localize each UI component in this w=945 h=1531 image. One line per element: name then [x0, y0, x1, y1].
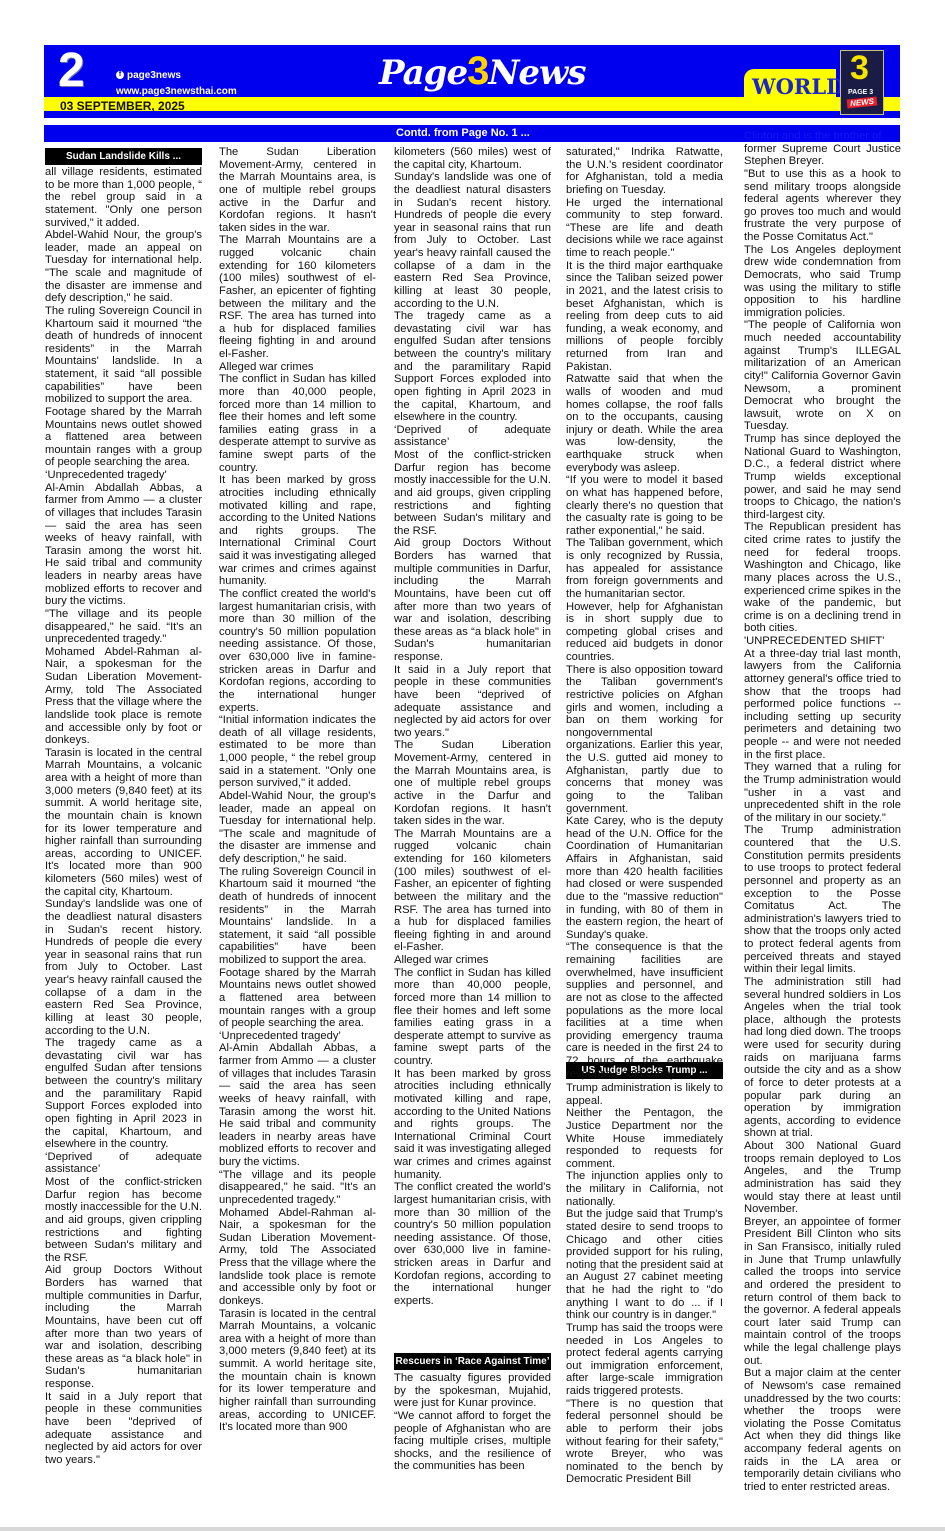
- paragraph: The Trump administration countered that …: [744, 824, 901, 976]
- paragraph: The conflict in Sudan has killed more th…: [394, 967, 551, 1068]
- paragraph: ‘Unprecedented tragedy’: [45, 469, 202, 482]
- column-3: kilometers (560 miles) west of the capit…: [394, 146, 551, 1308]
- paragraph: The conflict in Sudan has killed more th…: [219, 373, 376, 474]
- paragraph: There is also opposition toward the Tali…: [566, 664, 723, 816]
- badge-label: PAGE 3: [848, 89, 873, 96]
- masthead: 2 fpage3news www.page3newsthai.com 03 SE…: [44, 45, 900, 118]
- paragraph: Al-Amin Abdallah Abbas, a farmer from Am…: [219, 1042, 376, 1168]
- paragraph: all village residents, estimated to be m…: [45, 166, 202, 229]
- paragraph: The ruling Sovereign Council in Khartoum…: [219, 866, 376, 967]
- paragraph: The Republican president has cited crime…: [744, 521, 901, 635]
- logo-text-left: Page: [379, 53, 467, 93]
- paragraph: The tragedy came as a devastating civil …: [394, 310, 551, 424]
- column-2: The Sudan Liberation Movement-Army, cent…: [219, 146, 376, 1434]
- paragraph: It has been marked by gross atrocities i…: [394, 1068, 551, 1182]
- badge-number: 3: [850, 49, 869, 88]
- paragraph: Sunday's landslide was one of the deadli…: [45, 898, 202, 1037]
- website-link[interactable]: www.page3newsthai.com: [116, 86, 237, 97]
- paragraph: kilometers (560 miles) west of the capit…: [394, 146, 551, 171]
- paragraph: Mohamed Abdel-Rahman al-Nair, a spokesma…: [45, 646, 202, 747]
- paragraph: Ratwatte said that when the walls of woo…: [566, 373, 723, 474]
- paragraph: But the judge said that Trump's stated d…: [566, 1208, 723, 1322]
- page-number: 2: [58, 43, 85, 98]
- page3news-logo: Page3News: [379, 49, 585, 94]
- column-3-rescuers: The casualty figures provided by the spo…: [394, 1372, 551, 1473]
- paragraph: “Initial information indicates the death…: [219, 714, 376, 790]
- paragraph: Kate Carey, who is the deputy head of th…: [566, 815, 723, 941]
- paragraph: “We cannot afford to forget the people o…: [394, 1410, 551, 1473]
- paragraph: Trump has since deployed the National Gu…: [744, 433, 901, 521]
- paragraph: “The consequence is that the remaining f…: [566, 941, 723, 1080]
- section-head-sudan: Sudan Landslide Kills ...: [45, 148, 202, 165]
- paragraph: Sunday's landslide was one of the deadli…: [394, 171, 551, 310]
- paragraph: Mohamed Abdel-Rahman al-Nair, a spokesma…: [219, 1207, 376, 1308]
- paragraph: The Marrah Mountains are a rugged volcan…: [219, 234, 376, 360]
- paragraph: Neither the Pentagon, the Justice Depart…: [566, 1107, 723, 1170]
- paragraph: Al-Amin Abdallah Abbas, a farmer from Am…: [45, 482, 202, 608]
- column-4: saturated," Indrika Ratwatte, the U.N.'s…: [566, 146, 723, 1080]
- paragraph: Alleged war crimes: [394, 954, 551, 967]
- paragraph: The Sudan Liberation Movement-Army, cent…: [219, 146, 376, 234]
- paragraph: ‘Deprived of adequate assistance’: [45, 1151, 202, 1176]
- paragraph: The conflict created the world's largest…: [394, 1181, 551, 1307]
- paragraph-faded: Clinton and is the brother of: [744, 130, 901, 143]
- paragraph: Breyer, an appointee of former President…: [744, 1216, 901, 1368]
- social-handle-text: page3news: [127, 70, 181, 81]
- paragraph: "The village and its people disappeared,…: [45, 608, 202, 646]
- paragraph: It said in a July report that people in …: [394, 664, 551, 740]
- paragraph: "There is no question that federal perso…: [566, 1398, 723, 1486]
- social-handle[interactable]: fpage3news: [116, 70, 181, 81]
- paragraph: Abdel-Wahid Nour, the group's leader, ma…: [45, 229, 202, 305]
- issue-date: 03 SEPTEMBER, 2025: [60, 99, 185, 113]
- logo-text-right: News: [488, 53, 585, 93]
- paragraph: The injunction applies only to the milit…: [566, 1170, 723, 1208]
- paragraph: The administration still had several hun…: [744, 976, 901, 1140]
- paragraph: Alleged war crimes: [219, 361, 376, 374]
- paragraph: The Taliban government, which is only re…: [566, 537, 723, 600]
- logo-number: 3: [467, 49, 488, 93]
- paragraph: Abdel-Wahid Nour, the group's leader, ma…: [219, 790, 376, 866]
- paragraph: But a major claim at the center of Newso…: [744, 1367, 901, 1493]
- facebook-icon: f: [116, 71, 124, 79]
- paragraph: "But to use this as a hook to send milit…: [744, 168, 901, 244]
- paragraph: Footage shared by the Marrah Mountains n…: [219, 967, 376, 1030]
- paragraph: The Marrah Mountains are a rugged volcan…: [394, 828, 551, 954]
- paragraph: The casualty figures provided by the spo…: [394, 1372, 551, 1410]
- paragraph: At a three-day trial last month, lawyers…: [744, 648, 901, 762]
- paragraph: former Supreme Court Justice Stephen Bre…: [744, 143, 901, 168]
- paragraph: He urged the international community to …: [566, 197, 723, 260]
- paragraph: ‘Deprived of adequate assistance’: [394, 424, 551, 449]
- paragraph: However, help for Afghanistan is in shor…: [566, 601, 723, 664]
- column-5: Clinton and is the brother of former Sup…: [744, 130, 901, 1494]
- section-head-rescuers: Rescuers in ‘Race Against Time’ ...: [394, 1353, 551, 1370]
- paragraph: About 300 National Guard troops remain d…: [744, 1140, 901, 1216]
- paragraph: It is the third major earthquake since t…: [566, 260, 723, 374]
- paragraph: The Sudan Liberation Movement-Army, cent…: [394, 739, 551, 827]
- paragraph: It said in a July report that people in …: [45, 1391, 202, 1467]
- paragraph: Aid group Doctors Without Borders has wa…: [394, 537, 551, 663]
- paragraph: Most of the conflict-stricken Darfur reg…: [394, 449, 551, 537]
- paragraph: saturated," Indrika Ratwatte, the U.N.'s…: [566, 146, 723, 197]
- paragraph: The ruling Sovereign Council in Khartoum…: [45, 305, 202, 406]
- page3-badge-icon: 3 PAGE 3 NEWS: [840, 50, 884, 115]
- paragraph: “If you were to model it based on what h…: [566, 474, 723, 537]
- paragraph: The conflict created the world's largest…: [219, 588, 376, 714]
- paragraph: 'UNPRECEDENTED SHIFT': [744, 635, 901, 648]
- contd-label: Contd. from Page No. 1 ...: [396, 127, 530, 139]
- column-5-body: former Supreme Court Justice Stephen Bre…: [744, 143, 901, 1494]
- badge-news: NEWS: [847, 96, 878, 108]
- column-4-judge: Trump administration is likely to appeal…: [566, 1082, 723, 1486]
- section-tab: WORLD: [744, 69, 836, 103]
- paragraph: The Los Angeles deployment drew wide con…: [744, 244, 901, 320]
- paragraph: It has been marked by gross atrocities i…: [219, 474, 376, 588]
- paragraph: They warned that a ruling for the Trump …: [744, 761, 901, 824]
- paragraph: The tragedy came as a devastating civil …: [45, 1037, 202, 1151]
- paragraph: Trump has said the troops were needed in…: [566, 1322, 723, 1398]
- paragraph: Footage shared by the Marrah Mountains n…: [45, 406, 202, 469]
- column-1: all village residents, estimated to be m…: [45, 166, 202, 1466]
- paragraph: Aid group Doctors Without Borders has wa…: [45, 1264, 202, 1390]
- paragraph: ‘Unprecedented tragedy’: [219, 1030, 376, 1043]
- paragraph: Trump administration is likely to appeal…: [566, 1082, 723, 1107]
- paragraph: Tarasin is located in the central Marrah…: [45, 747, 202, 899]
- paragraph: “The village and its people disappeared,…: [219, 1169, 376, 1207]
- paragraph: "The people of California won much neede…: [744, 319, 901, 433]
- page-bottom-rule: [0, 1527, 945, 1531]
- paragraph: Tarasin is located in the central Marrah…: [219, 1308, 376, 1434]
- section-label: WORLD: [752, 74, 844, 99]
- paragraph: Most of the conflict-stricken Darfur reg…: [45, 1176, 202, 1264]
